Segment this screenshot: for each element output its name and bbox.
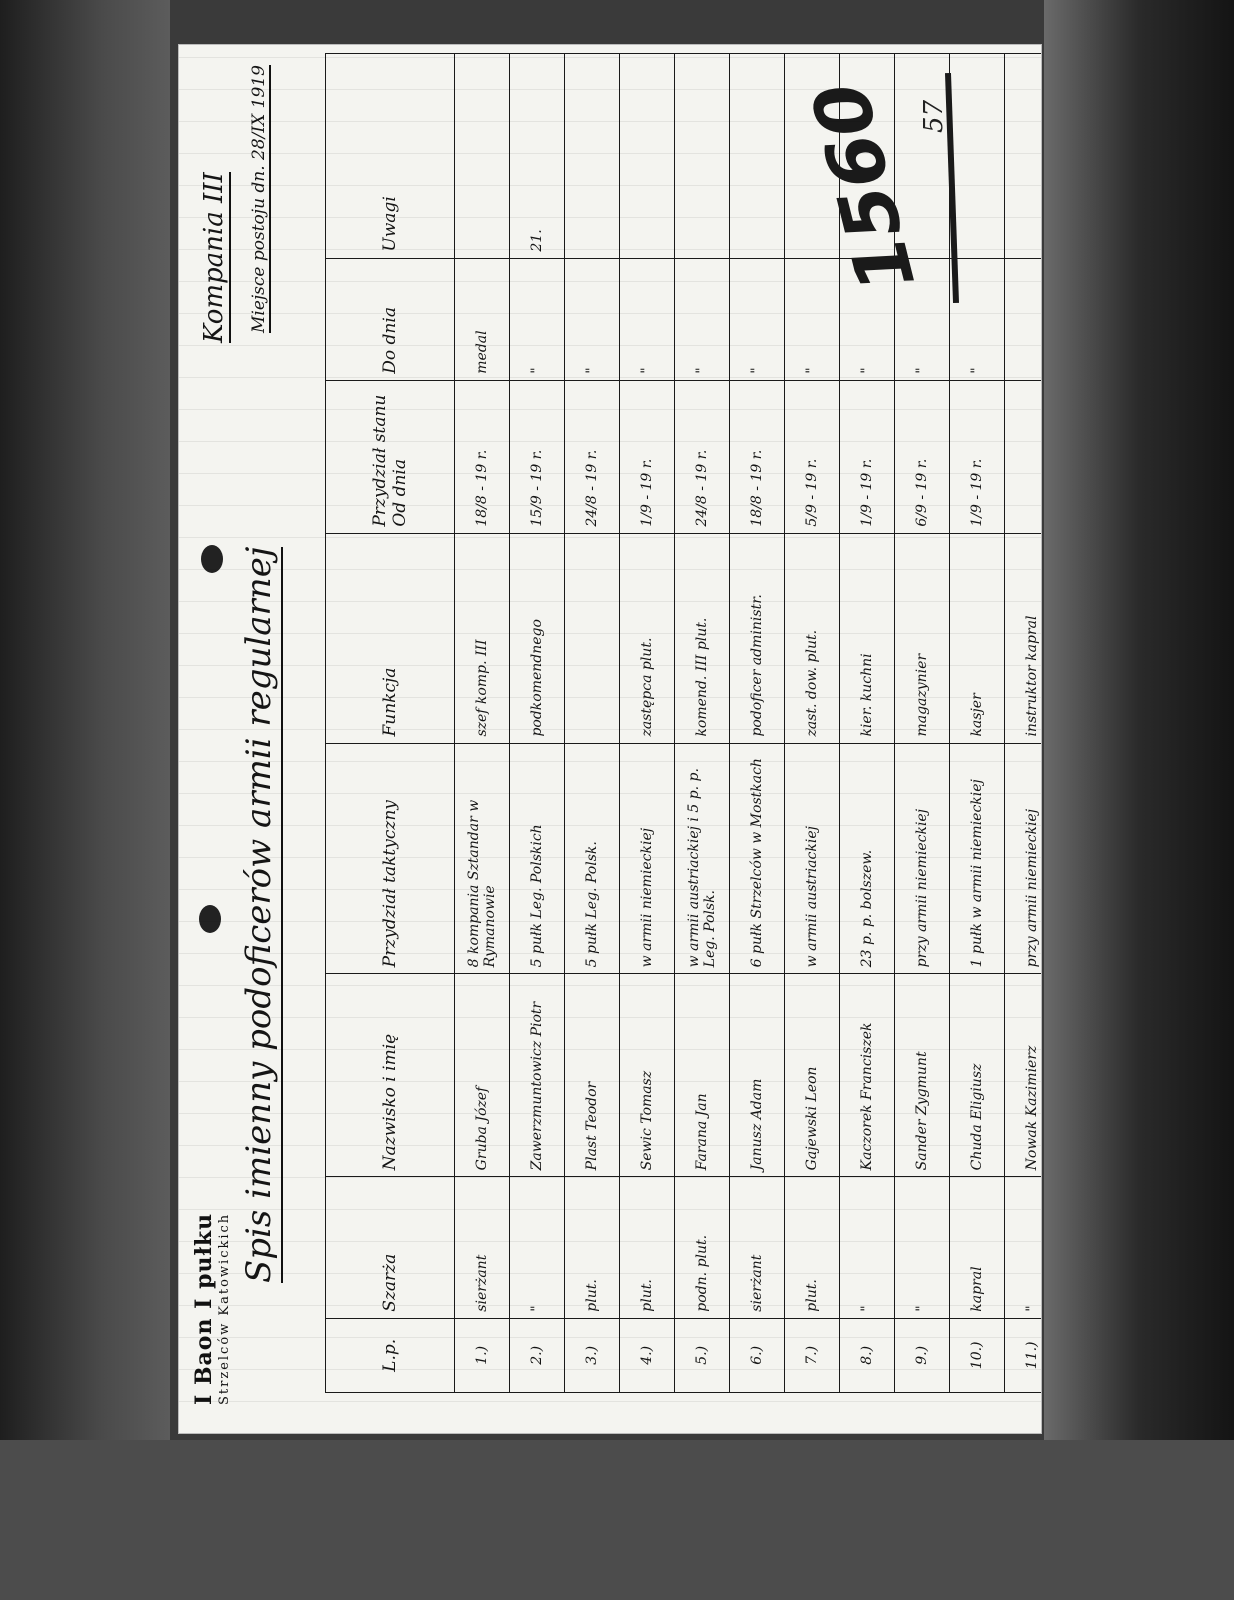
cell-from: 24/8 - 19 r. [565,380,620,533]
cell-name: Janusz Adam [730,974,785,1177]
cell-origin: 8 kompania Sztandar w Rymanowie [455,743,510,974]
cell-from: 24/8 - 19 r. [675,380,730,533]
cell-name: Gajewski Leon [785,974,840,1177]
cell-lp: 2.) [510,1318,565,1392]
cell-notes [620,54,675,259]
punch-hole-icon [199,905,221,933]
cell-function: zastępca plut. [620,533,675,743]
col-to: Do dnia [326,258,455,380]
cell-function: instruktor kapral [1005,533,1043,743]
page-number: 57 [919,100,949,133]
cell-rank: " [840,1177,895,1318]
document-page: I Baon I pułku Strzelców Katowickich Spi… [178,44,1042,1434]
cell-rank: " [1005,1177,1043,1318]
cell-rank: plut. [785,1177,840,1318]
cell-lp: 11.) [1005,1318,1043,1392]
cell-notes [950,54,1005,259]
document-title: Spis imienny podoficerów armii regularne… [239,547,283,1283]
cell-origin: 23 p. p. bolszew. [840,743,895,974]
cell-function: podkomendnego [510,533,565,743]
cell-notes [565,54,620,259]
cell-to: " [565,258,620,380]
cell-notes [1005,54,1043,259]
punch-hole-icon [201,545,223,573]
cell-rank: plut. [620,1177,675,1318]
cell-rank: " [895,1177,950,1318]
table-row: 5.)podn. plut.Farana Janw armii austriac… [675,54,730,1393]
col-name: Nazwisko i imię [326,974,455,1177]
cell-to: " [730,258,785,380]
cell-lp: 8.) [840,1318,895,1392]
cell-from: 1/9 - 19 r. [950,380,1005,533]
cell-notes: 21. [510,54,565,259]
cell-origin: 6 pułk Strzelców w Mostkach [730,743,785,974]
cell-name: Plast Teodor [565,974,620,1177]
cell-rank: " [510,1177,565,1318]
table-row: 2.)"Zawerzmuntowicz Piotr5 pułk Leg. Pol… [510,54,565,1393]
cell-function: magazynier [895,533,950,743]
cell-lp: 6.) [730,1318,785,1392]
cell-origin: przy armii niemieckiej [895,743,950,974]
cell-lp: 4.) [620,1318,675,1392]
table-row: 11.)"Nowak Kazimierzprzy armii niemiecki… [1005,54,1043,1393]
cell-name: Kaczorek Franciszek [840,974,895,1177]
register-table: L.p. Szarża Nazwisko i imię Przydział ta… [325,53,1042,1393]
cell-name: Sewic Tomasz [620,974,675,1177]
rotated-page-content: I Baon I pułku Strzelców Katowickich Spi… [179,45,1041,1433]
table-row: 1.)sierżantGruba Józef8 kompania Sztanda… [455,54,510,1393]
cell-name: Sander Zygmunt [895,974,950,1177]
table-row: 7.)plut.Gajewski Leonw armii austriackie… [785,54,840,1393]
cell-lp: 3.) [565,1318,620,1392]
cell-function: kasjer [950,533,1005,743]
cell-lp: 10.) [950,1318,1005,1392]
cell-name: Farana Jan [675,974,730,1177]
col-from: Przydział stanuOd dnia [326,380,455,533]
cell-origin: 1 pułk w armii niemieckiej [950,743,1005,974]
cell-rank: sierżant [730,1177,785,1318]
scanner-background-left [0,0,170,1600]
cell-rank: kapral [950,1177,1005,1318]
unit-name: I Baon I pułku [191,1213,217,1405]
col-notes: Uwagi [326,54,455,259]
cell-origin: 5 pułk Leg. Polskich [510,743,565,974]
cell-notes [455,54,510,259]
unit-header: I Baon I pułku Strzelców Katowickich [191,1213,232,1405]
col-function: Funkcja [326,533,455,743]
company-label: Kompania III [199,172,231,343]
cell-from: 6/9 - 19 r. [895,380,950,533]
cell-function [565,533,620,743]
table-header-row: L.p. Szarża Nazwisko i imię Przydział ta… [326,54,455,1393]
place-date: Miejsce postoju dn. 28/IX 1919 [249,65,271,333]
cell-to: " [785,258,840,380]
unit-subname: Strzelców Katowickich [217,1213,232,1405]
cell-to: " [510,258,565,380]
cell-origin: w armii niemieckiej [620,743,675,974]
col-service-group: Przydział stanu [370,395,390,527]
scanner-background-right [1044,0,1234,1600]
cell-rank: plut. [565,1177,620,1318]
cell-from: 1/9 - 19 r. [840,380,895,533]
col-rank: Szarża [326,1177,455,1318]
cell-from: 1/9 - 19 r. [620,380,675,533]
cell-name: Nowak Kazimierz [1005,974,1043,1177]
cell-notes [730,54,785,259]
col-origin: Przydział taktyczny [326,743,455,974]
cell-name: Zawerzmuntowicz Piotr [510,974,565,1177]
table-row: 6.)sierżantJanusz Adam6 pułk Strzelców w… [730,54,785,1393]
cell-notes [675,54,730,259]
cell-origin: w armii austriackiej [785,743,840,974]
cell-lp: 5.) [675,1318,730,1392]
cell-lp: 7.) [785,1318,840,1392]
cell-function: zast. dow. plut. [785,533,840,743]
cell-rank: sierżant [455,1177,510,1318]
cell-to [1005,258,1043,380]
cell-to: medal [455,258,510,380]
col-lp: L.p. [326,1318,455,1392]
cell-from: 18/8 - 19 r. [455,380,510,533]
cell-function: podoficer administr. [730,533,785,743]
cell-origin: przy armii niemieckiej [1005,743,1043,974]
scanner-background-bottom [0,1440,1234,1600]
table-row: 3.)plut.Plast Teodor5 pułk Leg. Polsk.24… [565,54,620,1393]
cell-to: " [620,258,675,380]
cell-function: komend. III plut. [675,533,730,743]
cell-from [1005,380,1043,533]
table-row: 4.)plut.Sewic Tomaszw armii niemieckiejz… [620,54,675,1393]
cell-to: " [675,258,730,380]
cell-rank: podn. plut. [675,1177,730,1318]
cell-from: 5/9 - 19 r. [785,380,840,533]
table-row: 10.)kapralChuda Eligiusz1 pułk w armii n… [950,54,1005,1393]
cell-name: Chuda Eligiusz [950,974,1005,1177]
cell-origin: 5 pułk Leg. Polsk. [565,743,620,974]
cell-lp: 1.) [455,1318,510,1392]
cell-function: kier. kuchni [840,533,895,743]
cell-name: Gruba Józef [455,974,510,1177]
cell-origin: w armii austriackiej i 5 p. p. Leg. Pols… [675,743,730,974]
cell-from: 18/8 - 19 r. [730,380,785,533]
cell-function: szef komp. III [455,533,510,743]
cell-lp: 9.) [895,1318,950,1392]
cell-from: 15/9 - 19 r. [510,380,565,533]
